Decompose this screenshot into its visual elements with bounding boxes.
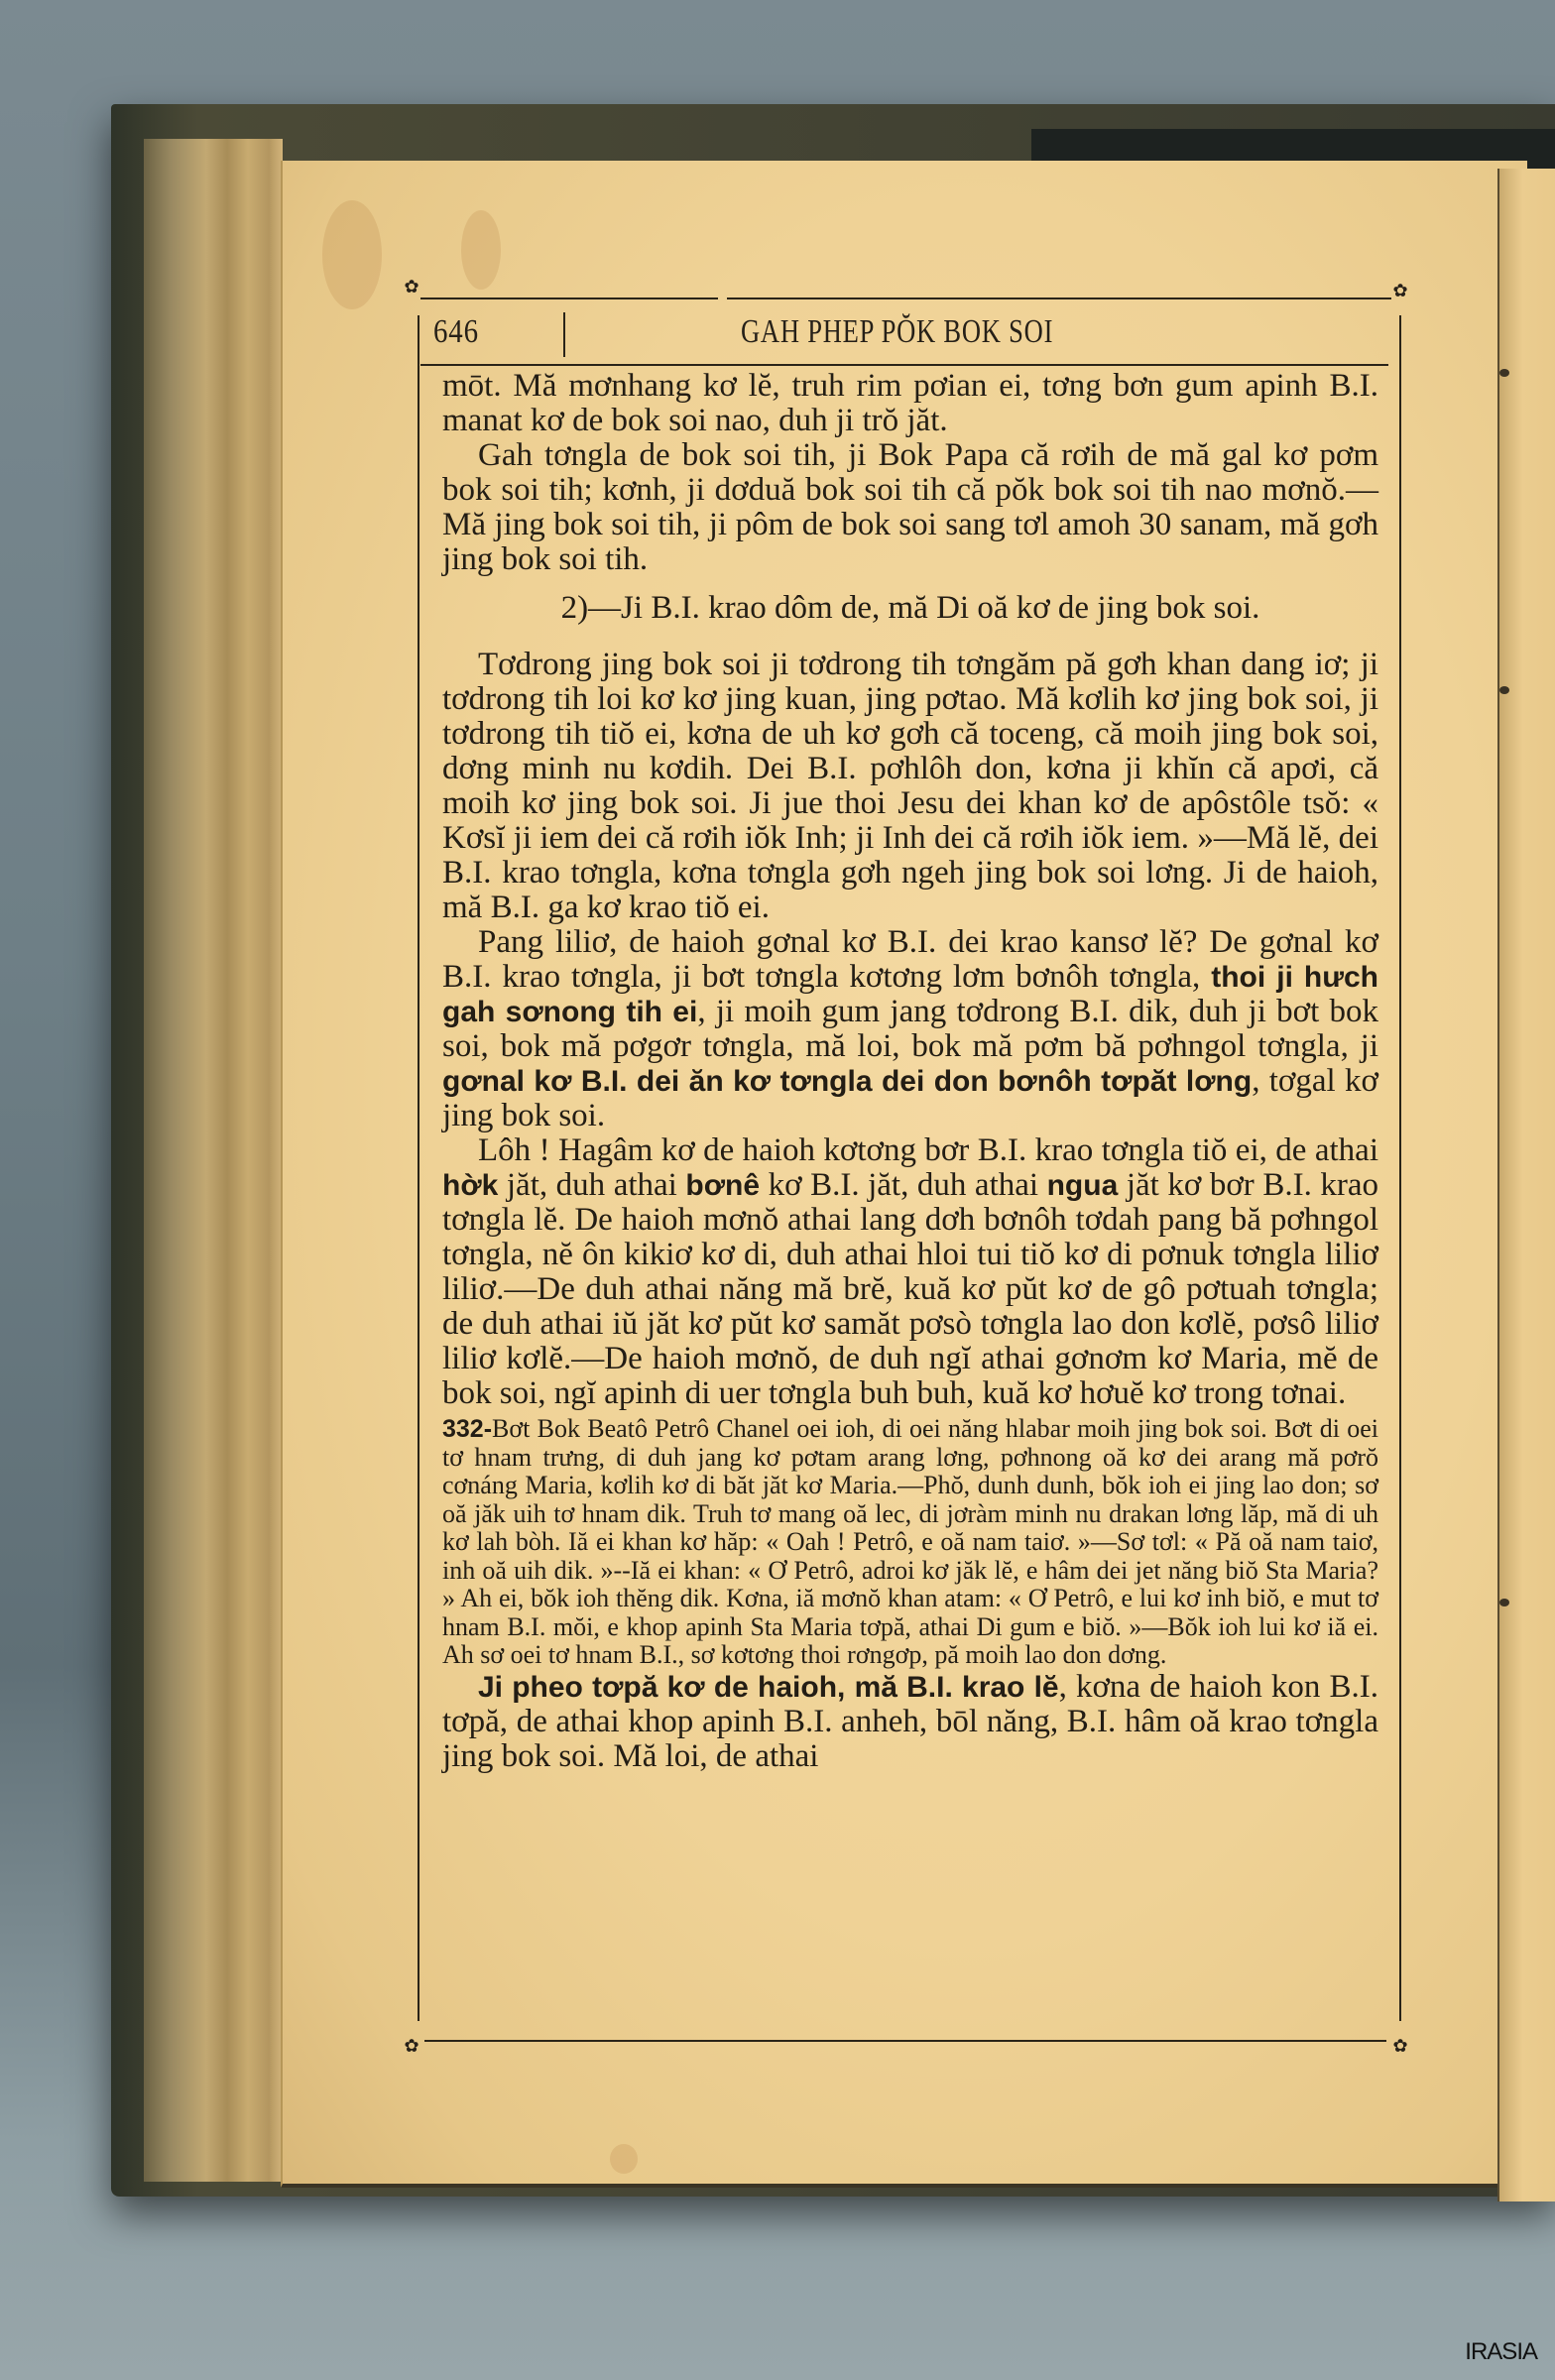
text-run: jăt, duh athai bbox=[498, 1167, 685, 1203]
closing-paragraph: Ji pheo tơpă kơ de haioh, mă B.I. krao l… bbox=[442, 1670, 1378, 1774]
binding-thread-mark bbox=[1499, 1599, 1509, 1606]
running-title: GAH PHEP PŎK BOK SOI bbox=[741, 313, 1053, 351]
binding-thread-mark bbox=[1499, 369, 1509, 377]
text-run: jăt kơ bơr B.I. krao tơngla lĕ. De haioh… bbox=[442, 1167, 1378, 1411]
paragraph: Gah tơngla de bok soi tih, ji Bok Papa c… bbox=[442, 438, 1378, 577]
corner-ornament-icon: ✿ bbox=[403, 279, 420, 297]
paragraph: Pang liliơ, de haioh gơnal kơ B.I. dei k… bbox=[442, 925, 1378, 1133]
binding-thread-mark bbox=[1499, 686, 1509, 694]
page-number: 646 bbox=[433, 313, 479, 351]
page-header: 646 GAH PHEP PŎK BOK SOI bbox=[433, 307, 1395, 361]
top-rule bbox=[420, 297, 718, 299]
emphasis-text: bơnê bbox=[685, 1169, 760, 1202]
closing-bold-lead: Ji pheo tơpă kơ de haioh, mă B.I. krao l… bbox=[478, 1671, 1059, 1704]
page-body: mōt. Mă mơnhang kơ lĕ, truh rim pơian ei… bbox=[442, 369, 1378, 1774]
paper-stain bbox=[322, 200, 382, 309]
paper-stain bbox=[461, 210, 501, 290]
right-frame-rule bbox=[1399, 315, 1401, 2021]
paragraph: mōt. Mă mơnhang kơ lĕ, truh rim pơian ei… bbox=[442, 369, 1378, 438]
text-run: kơ B.I. jăt, duh athai bbox=[760, 1167, 1047, 1203]
header-rule bbox=[420, 364, 1388, 366]
corner-ornament-icon: ✿ bbox=[1391, 283, 1409, 300]
paragraph: Tơdrong jing bok soi ji tơdrong tih tơng… bbox=[442, 648, 1378, 925]
top-rule bbox=[727, 297, 1391, 299]
facing-page-edge bbox=[1497, 169, 1555, 2201]
anecdote-text: Bơt Bok Beatô Petrô Chanel oei ioh, di o… bbox=[442, 1414, 1378, 1669]
section-heading: 2)—Ji B.I. krao dôm de, mă Di oă kơ de j… bbox=[442, 591, 1378, 626]
corner-ornament-icon: ✿ bbox=[403, 2038, 420, 2056]
anecdote: 332-Bơt Bok Beatô Petrô Chanel oei ioh, … bbox=[442, 1415, 1378, 1670]
emphasis-text: ngua bbox=[1047, 1169, 1119, 1202]
anecdote-number: 332- bbox=[442, 1415, 492, 1443]
corner-ornament-icon: ✿ bbox=[1391, 2038, 1409, 2056]
page-stack-edges bbox=[144, 139, 283, 2182]
emphasis-text: hờk bbox=[442, 1169, 498, 1202]
left-frame-rule bbox=[418, 315, 419, 2021]
emphasis-text: gơnal kơ B.I. dei ăn kơ tơngla dei don b… bbox=[442, 1065, 1252, 1098]
bottom-rule bbox=[424, 2040, 1386, 2042]
text-run: Lôh ! Hagâm kơ de haioh kơtơng bơr B.I. … bbox=[478, 1132, 1378, 1168]
watermark: IRASIA bbox=[1465, 2338, 1537, 2366]
paper-stain bbox=[610, 2144, 638, 2174]
paragraph: Lôh ! Hagâm kơ de haioh kơtơng bơr B.I. … bbox=[442, 1133, 1378, 1411]
